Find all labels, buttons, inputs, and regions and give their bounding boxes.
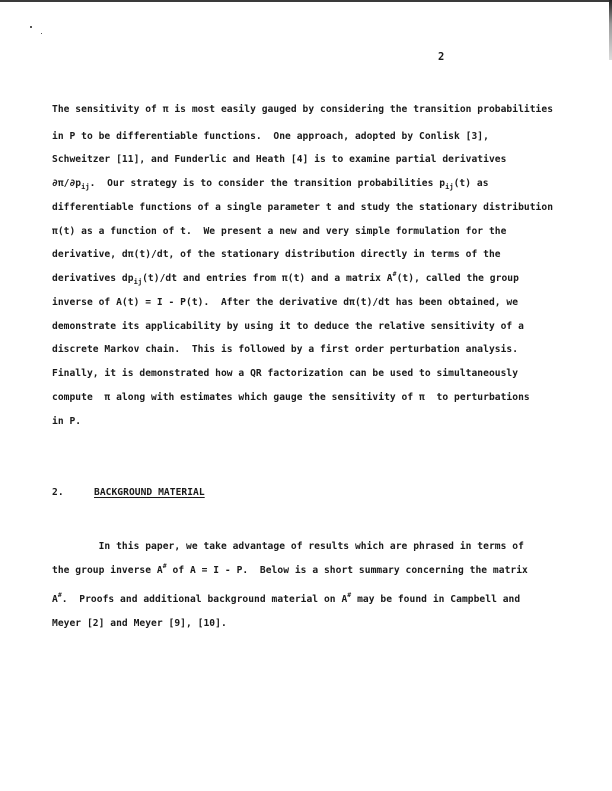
section-title: BACKGROUND MATERIAL [94,487,205,498]
paragraph1-line-12: Finally, it is demonstrated how a QR fac… [52,368,518,379]
paragraph2-line-2: the group inverse A# of A = I - P. Below… [52,565,528,576]
page-number: 2 [438,51,444,63]
paragraph1-line-8: derivatives dpij(t)/dt and entries from … [52,273,519,284]
paragraph1-line-14: in P. [52,416,81,427]
paragraph2-line-1: In this paper, we take advantage of resu… [52,541,524,552]
document-page: 2 The sensitivity of π is most easily ga… [0,0,612,791]
paragraph1-line-3: Schweitzer [11], and Funderlic and Heath… [52,154,506,165]
paragraph1-line-10: demonstrate its applicability by using i… [52,321,524,332]
scan-speck [41,33,42,34]
paragraph1-line-6: π(t) as a function of t. We present a ne… [52,226,506,237]
scan-speck [30,26,32,28]
paragraph1-line-4: ∂π/∂pij. Our strategy is to consider the… [52,178,489,189]
paragraph1-line-13: compute π along with estimates which gau… [52,392,530,403]
paragraph1-line-9: inverse of A(t) = I - P(t). After the de… [52,297,518,308]
scan-top-edge [0,0,612,2]
paragraph1-line-1: The sensitivity of π is most easily gaug… [52,104,553,115]
paragraph1-line-2: in P to be differentiable functions. One… [52,131,489,142]
paragraph2-line-3: A#. Proofs and additional background mat… [52,594,520,605]
paragraph1-line-5: differentiable functions of a single par… [52,202,553,213]
section-heading: 2.BACKGROUND MATERIAL [52,487,205,498]
section-number: 2. [52,487,94,498]
paragraph2-line-4: Meyer [2] and Meyer [9], [10]. [52,618,227,629]
paragraph1-line-11: discrete Markov chain. This is followed … [52,344,518,355]
paragraph1-line-7: derivative, dπ(t)/dt, of the stationary … [52,249,501,260]
